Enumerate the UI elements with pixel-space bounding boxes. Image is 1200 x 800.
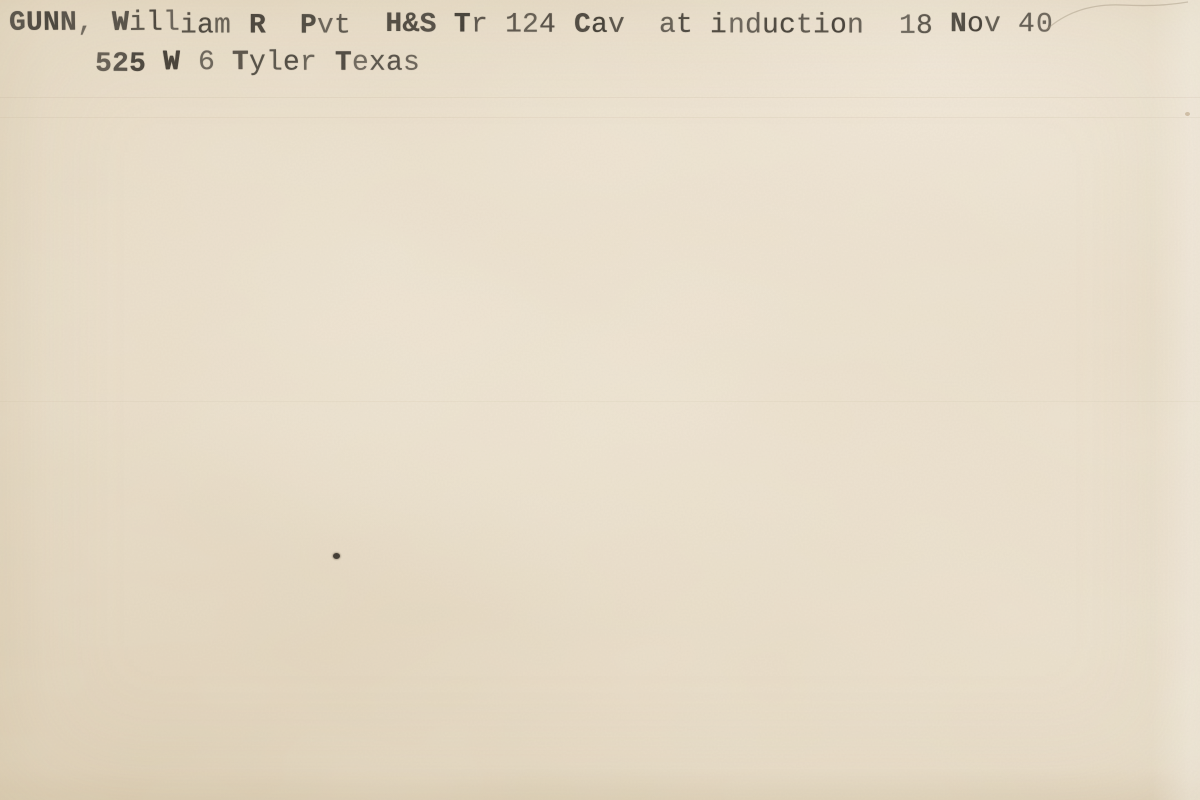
typed-line-record: GUNN, William R Pvt H&S Tr 124 Cav at in…: [9, 11, 1053, 41]
scan-artifact-line: [0, 97, 1200, 98]
pencil-mark-arc: [0, 0, 1200, 800]
paper-grain-texture: [0, 0, 1200, 800]
scan-artifact-line: [0, 117, 1200, 118]
paper-blemish: [1185, 112, 1190, 116]
scan-artifact-line: [0, 401, 1200, 402]
ink-speck: [333, 553, 340, 559]
typed-line-address: 525 W 6 Tyler Texas: [95, 49, 420, 79]
index-card: GUNN, William R Pvt H&S Tr 124 Cav at in…: [0, 0, 1200, 800]
